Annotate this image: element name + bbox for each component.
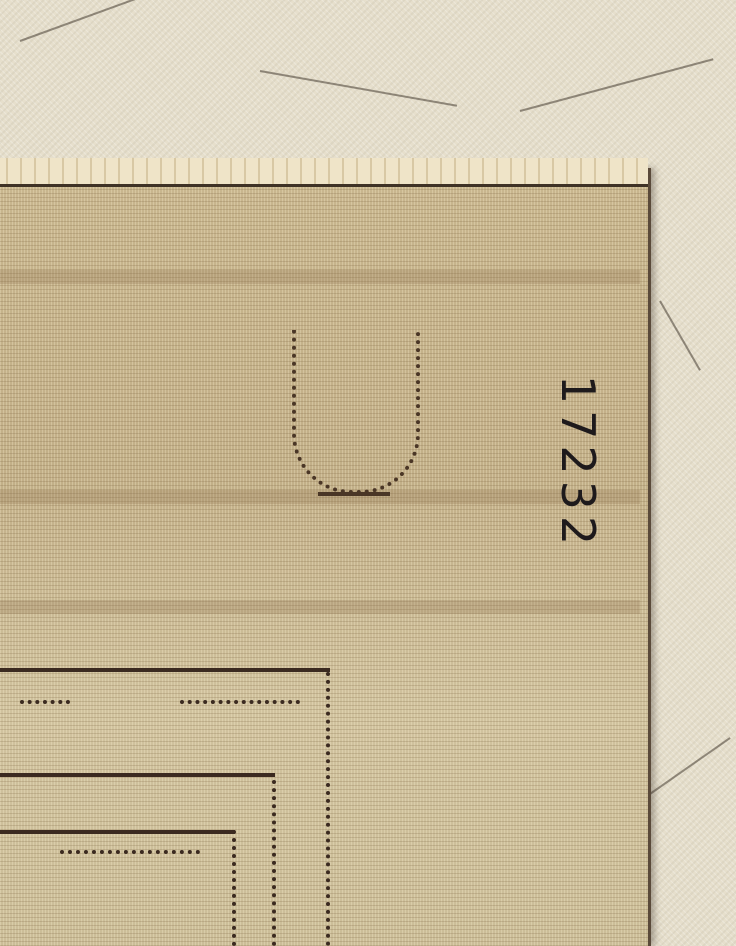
border-line [0, 773, 275, 777]
motif-dots [60, 850, 200, 854]
vase-motif [292, 330, 420, 494]
border-dotted-line [272, 780, 276, 946]
motif-dots [20, 700, 70, 704]
motif-dots [180, 700, 300, 704]
rug-fringe-edge [0, 158, 648, 187]
border-line [0, 668, 330, 672]
woven-band [0, 270, 640, 284]
border-dotted-line [326, 672, 330, 946]
handwritten-inventory-number: 17232 [548, 318, 608, 608]
vase-motif-base [318, 492, 390, 496]
inventory-number-text: 17232 [551, 375, 605, 551]
border-dotted-line [232, 830, 236, 946]
woven-band [0, 600, 640, 614]
border-line [0, 830, 235, 834]
